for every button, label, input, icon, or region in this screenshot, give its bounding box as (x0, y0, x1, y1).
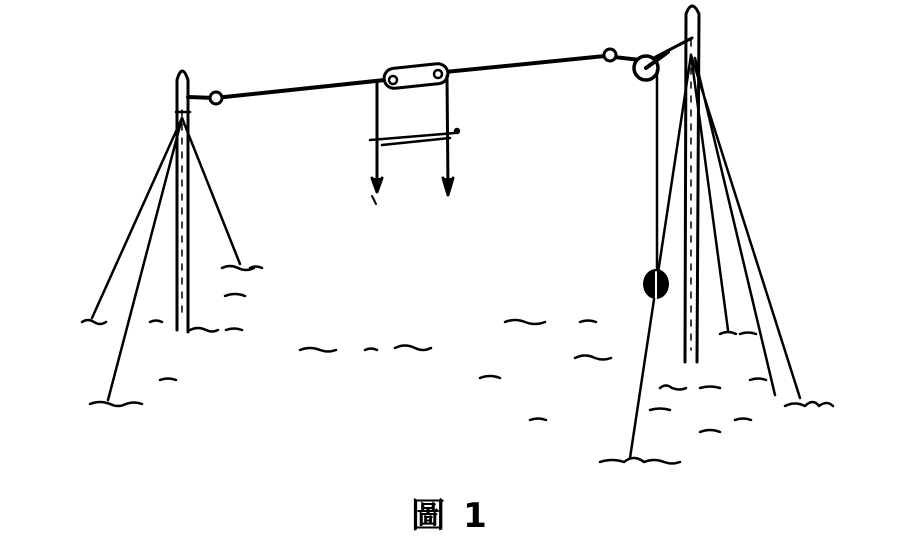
diagram-illustration (0, 0, 902, 480)
caption-label: 圖 (411, 496, 449, 536)
counterweight (643, 269, 669, 299)
left-guy-wires (92, 118, 240, 400)
right-guy-wires (630, 55, 800, 458)
caption-number: 1 (463, 496, 491, 536)
left-post (176, 71, 190, 332)
ground-tufts (82, 266, 833, 464)
crossbar (370, 129, 459, 145)
figure-caption: 圖1 (0, 488, 902, 537)
trolley (383, 63, 449, 90)
